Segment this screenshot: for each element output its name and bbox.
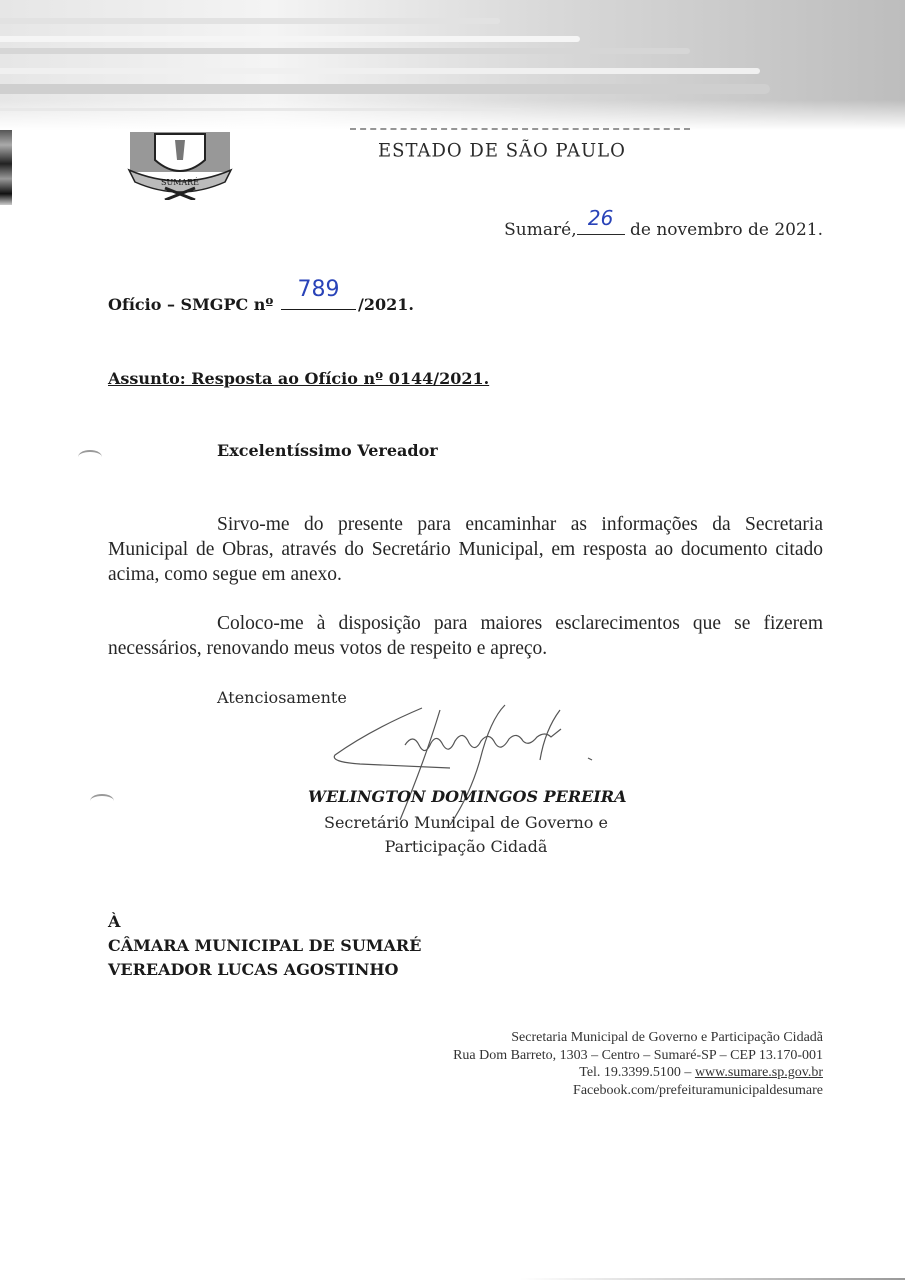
svg-text:SUMARÉ: SUMARÉ: [161, 178, 199, 187]
addressee-line: CÂMARA MUNICIPAL DE SUMARÉ: [108, 934, 421, 958]
body-paragraph: Sirvo-me do presente para encaminhar as …: [108, 512, 823, 587]
signer-role: Secretário Municipal de Governo e: [300, 811, 632, 835]
salutation: Excelentíssimo Vereador: [217, 441, 438, 460]
state-title: ESTADO DE SÃO PAULO: [378, 139, 626, 161]
scan-left-edge: [0, 130, 12, 205]
subject-line: Assunto: Resposta ao Ofício nº 0144/2021…: [108, 369, 489, 388]
body-paragraph: Coloco-me à disposição para maiores escl…: [108, 611, 823, 661]
punch-hole-mark: [90, 794, 114, 808]
footer-phone: Tel. 19.3399.5100 –: [579, 1065, 691, 1080]
date-rest: de novembro de 2021.: [630, 220, 823, 240]
handwritten-oficio-number: 789: [281, 277, 356, 302]
date-line: Sumaré,26 de novembro de 2021.: [504, 216, 823, 240]
addressee-line: À: [108, 910, 421, 934]
handwritten-day: 26: [577, 206, 625, 230]
oficio-prefix: Ofício – SMGPC nº: [108, 295, 273, 314]
date-city: Sumaré,: [504, 220, 576, 240]
addressee-block: À CÂMARA MUNICIPAL DE SUMARÉ VEREADOR LU…: [108, 910, 421, 982]
footer-line: Tel. 19.3399.5100 – www.sumare.sp.gov.br: [453, 1064, 823, 1082]
website-link[interactable]: www.sumare.sp.gov.br: [695, 1065, 823, 1080]
municipal-seal-icon: SUMARÉ: [125, 130, 235, 200]
punch-hole-mark: [78, 450, 102, 464]
date-day-blank: 26: [577, 216, 625, 235]
municipality-title-faded: [350, 128, 690, 134]
footer-line: Facebook.com/prefeituramunicipaldesumare: [453, 1082, 823, 1100]
oficio-suffix: /2021.: [358, 295, 414, 314]
oficio-number-line: Ofício – SMGPC nº 789/2021.: [108, 291, 414, 314]
handwritten-signature-icon: [330, 700, 620, 825]
addressee-line: VEREADOR LUCAS AGOSTINHO: [108, 958, 421, 982]
signer-role: Participação Cidadã: [300, 835, 632, 859]
footer-contact-block: Secretaria Municipal de Governo e Partic…: [453, 1029, 823, 1099]
scan-artifact-band: [0, 0, 905, 135]
footer-line: Secretaria Municipal de Governo e Partic…: [453, 1029, 823, 1047]
footer-line: Rua Dom Barreto, 1303 – Centro – Sumaré-…: [453, 1047, 823, 1065]
signer-name: WELINGTON DOMINGOS PEREIRA: [308, 787, 627, 806]
closing: Atenciosamente: [217, 688, 347, 707]
oficio-number-blank: 789: [281, 291, 356, 310]
